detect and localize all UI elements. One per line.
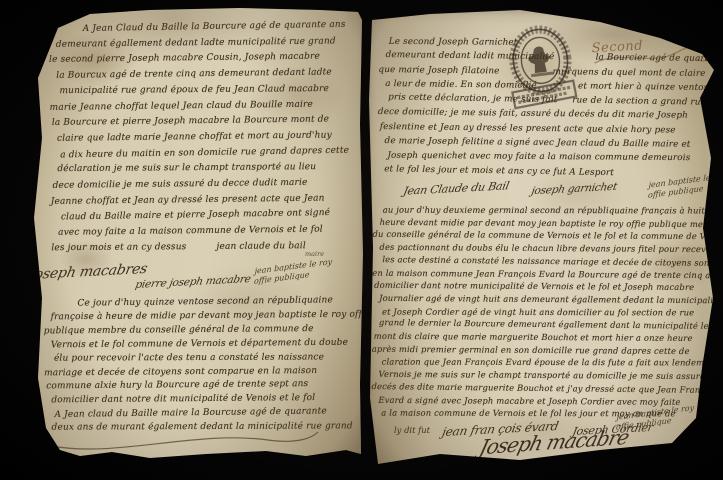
- manuscript-line: Journalier agé de vingt huit ans demeura…: [379, 292, 714, 307]
- name-joseph-garnichet: joseph garnichet: [530, 181, 618, 197]
- manuscript-line: claration que Jean François Evard épouse…: [382, 356, 714, 370]
- signature-swirl: [458, 442, 678, 468]
- flourish-signature: Joseph macabre: [458, 428, 688, 470]
- manuscript-line: municipalité rue grand époux de feu Jean…: [59, 82, 357, 100]
- pen-flourish: [46, 428, 336, 456]
- manuscript-line: élu pour recevoir l'acte des tenu a cons…: [54, 351, 358, 366]
- closing-prefix: ly dit fut: [394, 425, 430, 435]
- right-paragraph-1: Le second Joseph Garnichetdemeurant deda…: [379, 34, 711, 181]
- right-names-row: Jean Claude du Bail joseph garnichet jea…: [404, 180, 714, 206]
- left-page: A Jean Claud du Baille la Bourcure agé d…: [16, 4, 366, 468]
- signature-joseph-macabre: Joseph macabres: [28, 261, 149, 283]
- left-paragraph-2: Ce jour d'huy quinze ventose second an r…: [45, 295, 358, 437]
- right-page: Second Le second Joseph Garnichetdemeura…: [366, 6, 718, 474]
- signature-pierre-joseph-macabre: pierre joseph macabre: [134, 273, 252, 291]
- manuscript-line: Le second Joseph Garnichet: [389, 35, 711, 52]
- manuscript-line: déclaration je me suis sur le champt tra…: [57, 160, 358, 178]
- manuscript-line: Vernois et le fol commune de Vernois et …: [51, 336, 358, 353]
- document-scan: A Jean Claud du Baille la Bourcure agé d…: [0, 0, 723, 480]
- name-jean-claude-du-bail: Jean Claude du Bail: [402, 179, 510, 197]
- signature-officer: jean baptiste le roy offie publique: [254, 257, 333, 287]
- right-paragraph-2: au jour d'huy deuxieme germinal second a…: [373, 203, 714, 421]
- manuscript-line: au jour d'huy deuxieme germinal second a…: [383, 204, 715, 218]
- marginal-note: maire: [305, 250, 324, 258]
- left-paragraph-1: A Jean Claud du Baille la Bourcure agé d…: [51, 18, 360, 257]
